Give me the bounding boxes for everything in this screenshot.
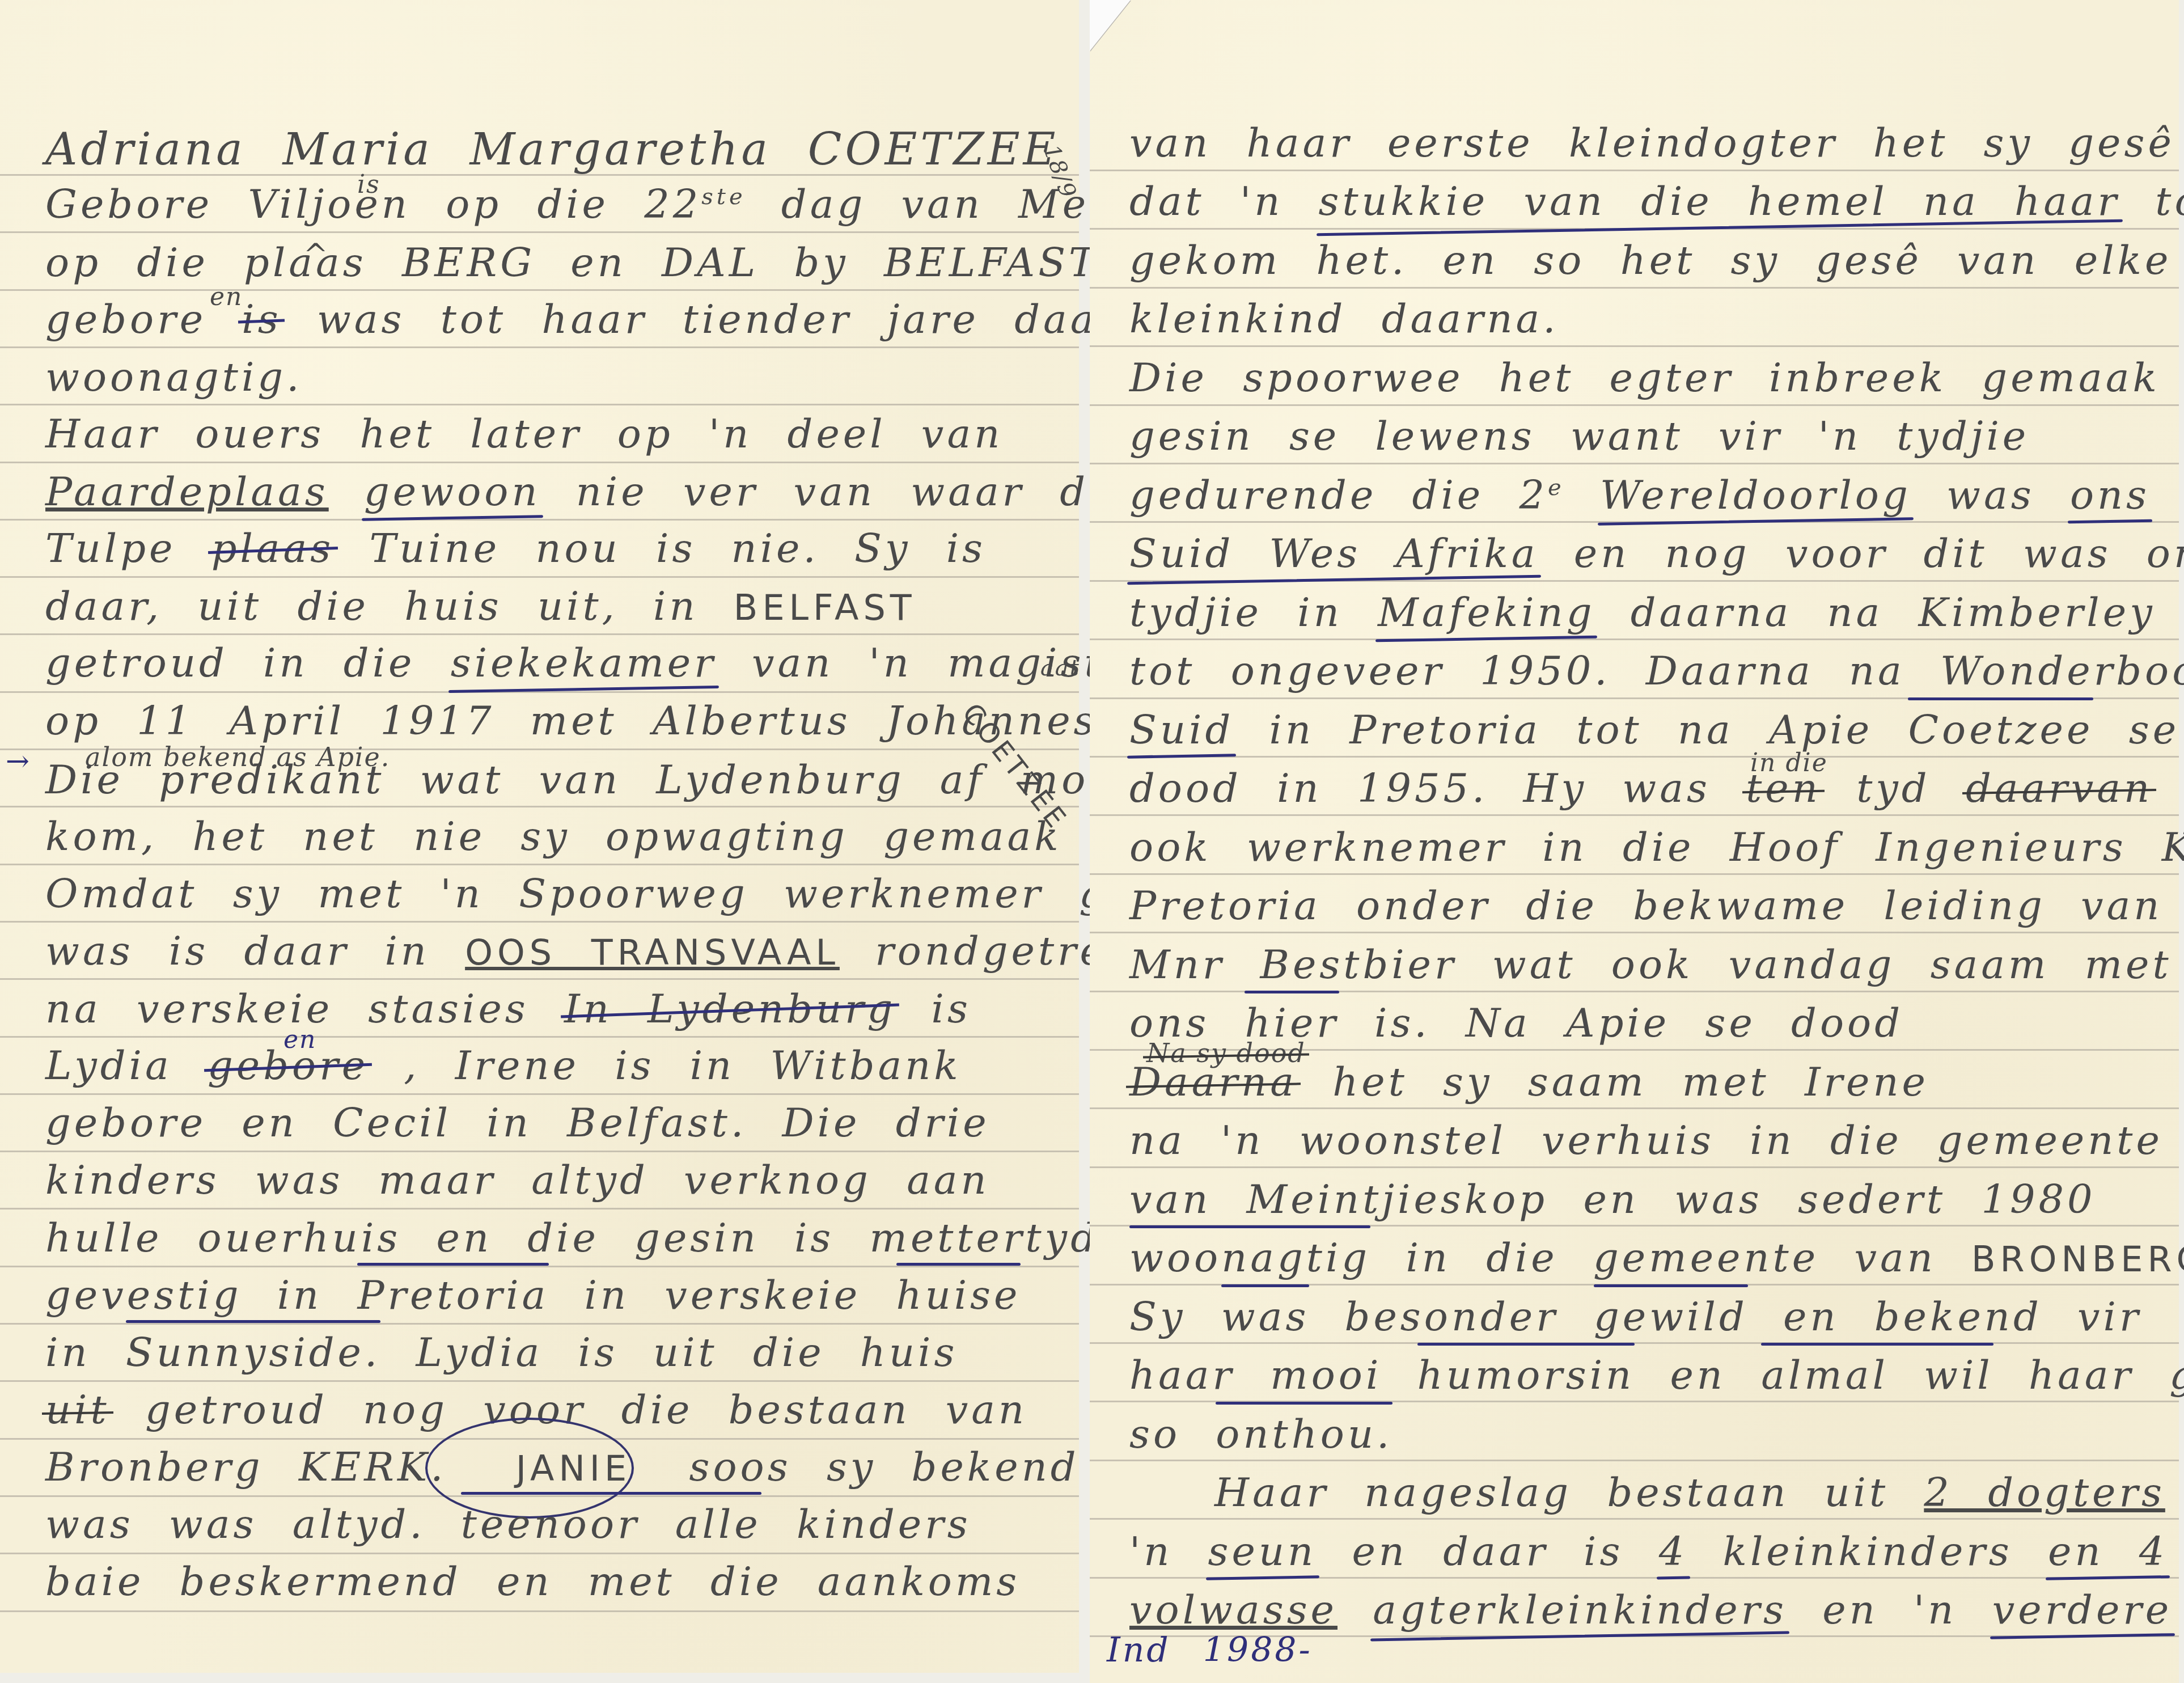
ruled-line — [1090, 170, 2179, 171]
text-line: op die plaas BERG en DAL by BELFAST — [45, 243, 1099, 282]
ruled-line — [1090, 345, 2179, 347]
text-line: Adriana Maria Margaretha COETZEE — [45, 128, 1059, 172]
ruled-line — [1090, 932, 2179, 933]
ruled-line — [1090, 638, 2179, 640]
word: Gebore — [45, 184, 213, 224]
ruled-line — [1090, 463, 2179, 464]
ruled-line — [0, 633, 1079, 635]
struck-phrase: In Lydenburg — [564, 989, 896, 1029]
ruled-line — [1090, 287, 2179, 289]
ruled-line — [0, 1036, 1079, 1038]
folded-corner — [1090, 0, 1131, 51]
ruled-line — [0, 1208, 1079, 1210]
ruled-line — [1090, 1107, 2179, 1109]
text-line: Haar nageslag bestaan uit 2 dogters en — [1214, 1473, 2184, 1512]
text-line: van Meintjieskop en was sedert 1980 — [1129, 1179, 2096, 1219]
text-line: so onthou. — [1129, 1414, 1392, 1454]
text-line: Suid Wes Afrika en nog voor dit was ons … — [1129, 534, 2184, 573]
text-line: Sy was besonder gewild en bekend vir — [1129, 1297, 2141, 1337]
ruled-line — [0, 1266, 1079, 1267]
struck-word: is — [242, 299, 281, 339]
text-line: gesin se lewens want vir 'n tydjie — [1129, 416, 2029, 456]
struck-word: plaas — [211, 528, 335, 568]
text-line: 'n seun en daar is 4 kleinkinders en 4 — [1129, 1532, 2168, 1571]
ruled-line — [0, 978, 1079, 980]
text-line: Daarna het sy saam met Irene — [1129, 1062, 1929, 1102]
ruled-line — [1090, 404, 2179, 406]
text-line: Die spoorwee het egter inbreek gemaak op… — [1129, 358, 2184, 398]
text-line: woonagtig in die gemeente van BRONBERG. — [1129, 1238, 2184, 1278]
ruled-line — [1090, 1518, 2179, 1520]
text-line: daar, uit die huis uit, in BELFAST — [45, 586, 916, 626]
text-line: Tulpe plaas Tuine nou is nie. Sy is — [45, 528, 986, 568]
text-line: kinders was maar altyd verknog aan — [45, 1160, 990, 1200]
ruled-line — [0, 1151, 1079, 1152]
text-line: na verskeie stasies In Lydenburg is — [45, 989, 971, 1029]
text-line: getroud in die siekekamer van 'n magistr — [45, 643, 1126, 683]
insertion-en: en — [210, 282, 243, 311]
ruled-line — [0, 346, 1079, 348]
insertion-is: is — [357, 170, 380, 199]
text-line: baie beskermend en met die aankoms — [45, 1562, 1020, 1601]
ruled-line — [0, 289, 1079, 291]
text-line: gevestig in Pretoria in verskeie huise — [45, 1275, 1021, 1315]
caret-icon: ^ — [303, 238, 329, 272]
text-line: Omdat sy met 'n Spoorweg werknemer getro… — [45, 874, 1262, 914]
text-line: Haar ouers het later op 'n deel van — [45, 414, 1003, 454]
text-line: dood in 1955. Hy was ten tyd daarvan — [1129, 768, 2153, 808]
ruled-line — [0, 806, 1079, 807]
ruled-line — [0, 921, 1079, 923]
text-line: gebore en Cecil in Belfast. Die drie — [45, 1103, 990, 1143]
ruled-line — [0, 1610, 1079, 1612]
text-line: woonagtig. — [45, 357, 302, 397]
text-line: Lydia gebore , Irene is in Witbank — [45, 1046, 962, 1085]
text-line: Suid in Pretoria tot na Apie Coetzee se — [1129, 710, 2179, 750]
struck-word: daarvan — [1966, 768, 2153, 808]
struck-word: uit — [45, 1390, 110, 1430]
text-line: hulle ouerhuis en die gesin is mettertyd — [45, 1218, 1099, 1258]
ruled-line — [0, 576, 1079, 578]
text-line: gedurende die 2e Wereldoorlog was ons in — [1129, 475, 2184, 515]
text-line: na 'n woonstel verhuis in die gemeente — [1129, 1120, 2163, 1160]
text-line: in Sunnyside. Lydia is uit die huis — [45, 1333, 958, 1372]
ruled-line — [1090, 1460, 2179, 1461]
text-line: was is daar in OOS TRANSVAAL rondgetrek — [45, 931, 1134, 971]
text-line: ons hier is. Na Apie se dood — [1129, 1003, 1903, 1043]
word: op die 22ste dag van Mei — [446, 184, 1105, 224]
ruled-line — [0, 1380, 1079, 1382]
text-line: ook werknemer in die Hoof Ingenieurs Kan… — [1129, 827, 2184, 867]
text-line: tot ongeveer 1950. Daarna na Wonderboom — [1129, 651, 2184, 691]
ruled-line — [1090, 756, 2179, 758]
insertion-in-die: in die — [1750, 749, 1828, 777]
text-line: gekom het. en so het sy gesê van elke — [1129, 240, 2172, 280]
text-line: Gebore Viljoen op die 22ste dag van Mei — [45, 184, 1106, 224]
text-line: Die predikant wat van Lydenburg af moes — [45, 760, 1140, 800]
ruled-line — [0, 864, 1079, 865]
text-line: op 11 April 1917 met Albertus Johannes — [45, 701, 1098, 741]
ruled-line — [0, 462, 1079, 463]
text-line: Mnr Bestbier wat ook vandag saam met — [1129, 945, 2172, 984]
ruled-line — [1090, 873, 2179, 875]
text-line: kleinkind daarna. — [1129, 299, 1559, 339]
text-line: tydjie in Mafeking daarna na Kimberley — [1129, 593, 2156, 632]
word-suffix: aat — [1040, 655, 1080, 681]
ruled-line — [1090, 1166, 2179, 1168]
insert-arrow-icon: → — [6, 745, 31, 777]
ruled-line — [0, 519, 1079, 521]
right-page: van haar eerste kleindogter het sy gesê … — [1090, 0, 2179, 1683]
text-line: van haar eerste kleindogter het sy gesê — [1129, 123, 2175, 163]
text-line: Paardeplaas gewoon nie ver van waar die — [45, 472, 1132, 511]
text-line: gebore is was tot haar tiender jare daar — [45, 299, 1120, 339]
ruled-line — [0, 404, 1079, 405]
ruled-line — [0, 1553, 1079, 1554]
text-line: dat 'n stukkie van die hemel na haar toe — [1129, 181, 2184, 221]
signature: Ind 1988- — [1107, 1633, 1313, 1667]
left-page: Adriana Maria Margaretha COETZEE Gebore … — [0, 0, 1079, 1673]
text-line: was was altyd. teenoor alle kinders — [45, 1504, 971, 1544]
insertion-en: en — [283, 1025, 316, 1054]
text-line: volwasse agterkleinkinders en 'n verdere… — [1129, 1590, 2184, 1630]
ruled-line — [0, 1323, 1079, 1325]
ruled-line — [1090, 814, 2179, 816]
text-line: kom, het net nie sy opwagting gemaak nie… — [45, 817, 1185, 856]
struck-word: Daarna — [1129, 1062, 1297, 1102]
ruled-line — [0, 1093, 1079, 1095]
ruled-line — [0, 231, 1079, 233]
word: Viljoen — [248, 184, 410, 224]
text-line: Pretoria onder die bekwame leiding van — [1129, 886, 2162, 925]
text-line: haar mooi humorsin en almal wil haar gra… — [1129, 1355, 2184, 1395]
